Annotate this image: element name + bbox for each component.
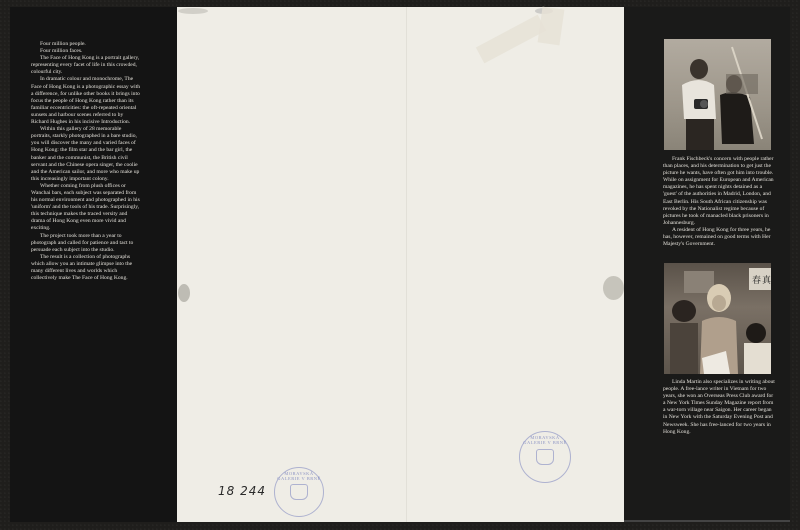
bio-paragraph: A resident of Hong Kong for three years,… [663, 227, 775, 248]
market-street-photo: 春 真 [664, 263, 771, 374]
smudge-mark [178, 284, 190, 302]
flap-paragraph: Whether coming from plush offices or Wan… [31, 183, 141, 233]
flap-paragraph: In dramatic colour and monochrome, The F… [31, 76, 141, 126]
flap-paragraph: The result is a collection of photograph… [31, 254, 141, 282]
left-flap-text: Four million people. Four million faces.… [31, 41, 141, 282]
photographer-portrait-photo [664, 39, 771, 150]
bio-paragraph: Linda Martin also specializes in writing… [663, 379, 775, 436]
stamp-text: MORAVSKÁ GALERIE V BRNĚ [275, 471, 323, 481]
flap-paragraph: The Face of Hong Kong is a portrait gall… [31, 55, 141, 76]
library-stamp: MORAVSKÁ GALERIE V BRNĚ [274, 467, 324, 517]
svg-text:真: 真 [762, 274, 771, 286]
flap-paragraph: The project took more than a year to pho… [31, 233, 141, 254]
author-bio-martin: Linda Martin also specializes in writing… [663, 379, 775, 436]
library-stamp: MORAVSKÁ GALERIE V BRNĚ [519, 431, 571, 483]
svg-text:春: 春 [752, 274, 761, 286]
stamp-emblem-icon [290, 484, 308, 500]
bottom-edge [624, 520, 790, 522]
handwritten-inventory-number: 18 244 [218, 484, 266, 498]
stamp-emblem-icon [536, 449, 554, 465]
bio-paragraph: Frank Fischbeck's concern with people ra… [663, 156, 775, 227]
smudge-mark [178, 8, 208, 14]
smudge-mark [603, 276, 624, 300]
fold-line [406, 7, 407, 522]
flap-paragraph: Within this gallery of 28 memorable port… [31, 126, 141, 183]
author-bio-fischbeck: Frank Fischbeck's concern with people ra… [663, 156, 775, 248]
stamp-text: MORAVSKÁ GALERIE V BRNĚ [520, 435, 570, 445]
